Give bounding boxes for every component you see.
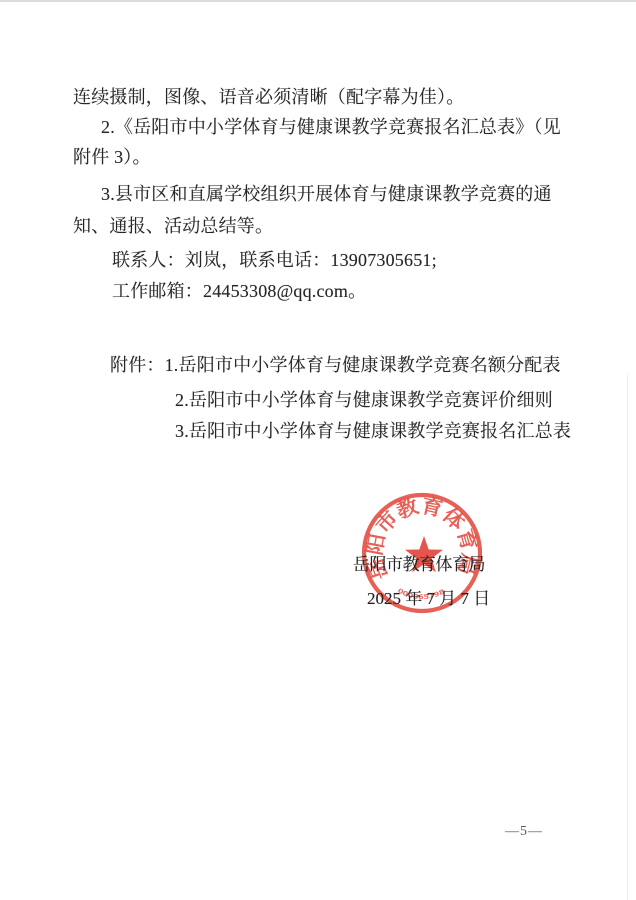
body-line: 2.《岳阳市中小学体育与健康课教学竞赛报名汇总表》（见	[101, 117, 561, 137]
scan-edge-right	[627, 375, 628, 900]
signature-date: 2025 年 7 月 7 日	[367, 589, 490, 608]
body-line: 知、通报、活动总结等。	[73, 216, 273, 236]
body-line: 连续摄制，图像、语音必须清晰（配字幕为佳）。	[73, 87, 464, 107]
attachment-line: 附件：1.岳阳市中小学体育与健康课教学竞赛名额分配表	[110, 355, 561, 375]
scan-edge-top	[0, 0, 636, 2]
email-line: 工作邮箱：24453308@qq.com。	[112, 281, 366, 301]
attachment-line: 3.岳阳市中小学体育与健康课教学竞赛报名汇总表	[175, 421, 571, 441]
contact-line: 联系人：刘岚，联系电话：13907305651;	[112, 250, 437, 270]
signature-agency: 岳阳市教育体育局	[353, 555, 485, 574]
body-line: 3.县市区和直属学校组织开展体育与健康课教学竞赛的通	[101, 184, 552, 204]
document-page: 连续摄制，图像、语音必须清晰（配字幕为佳）。 2.《岳阳市中小学体育与健康课教学…	[0, 0, 636, 900]
page-number: —5—	[505, 824, 543, 840]
attachment-line: 2.岳阳市中小学体育与健康课教学竞赛评价细则	[175, 390, 553, 410]
body-line: 附件 3）。	[73, 147, 151, 167]
